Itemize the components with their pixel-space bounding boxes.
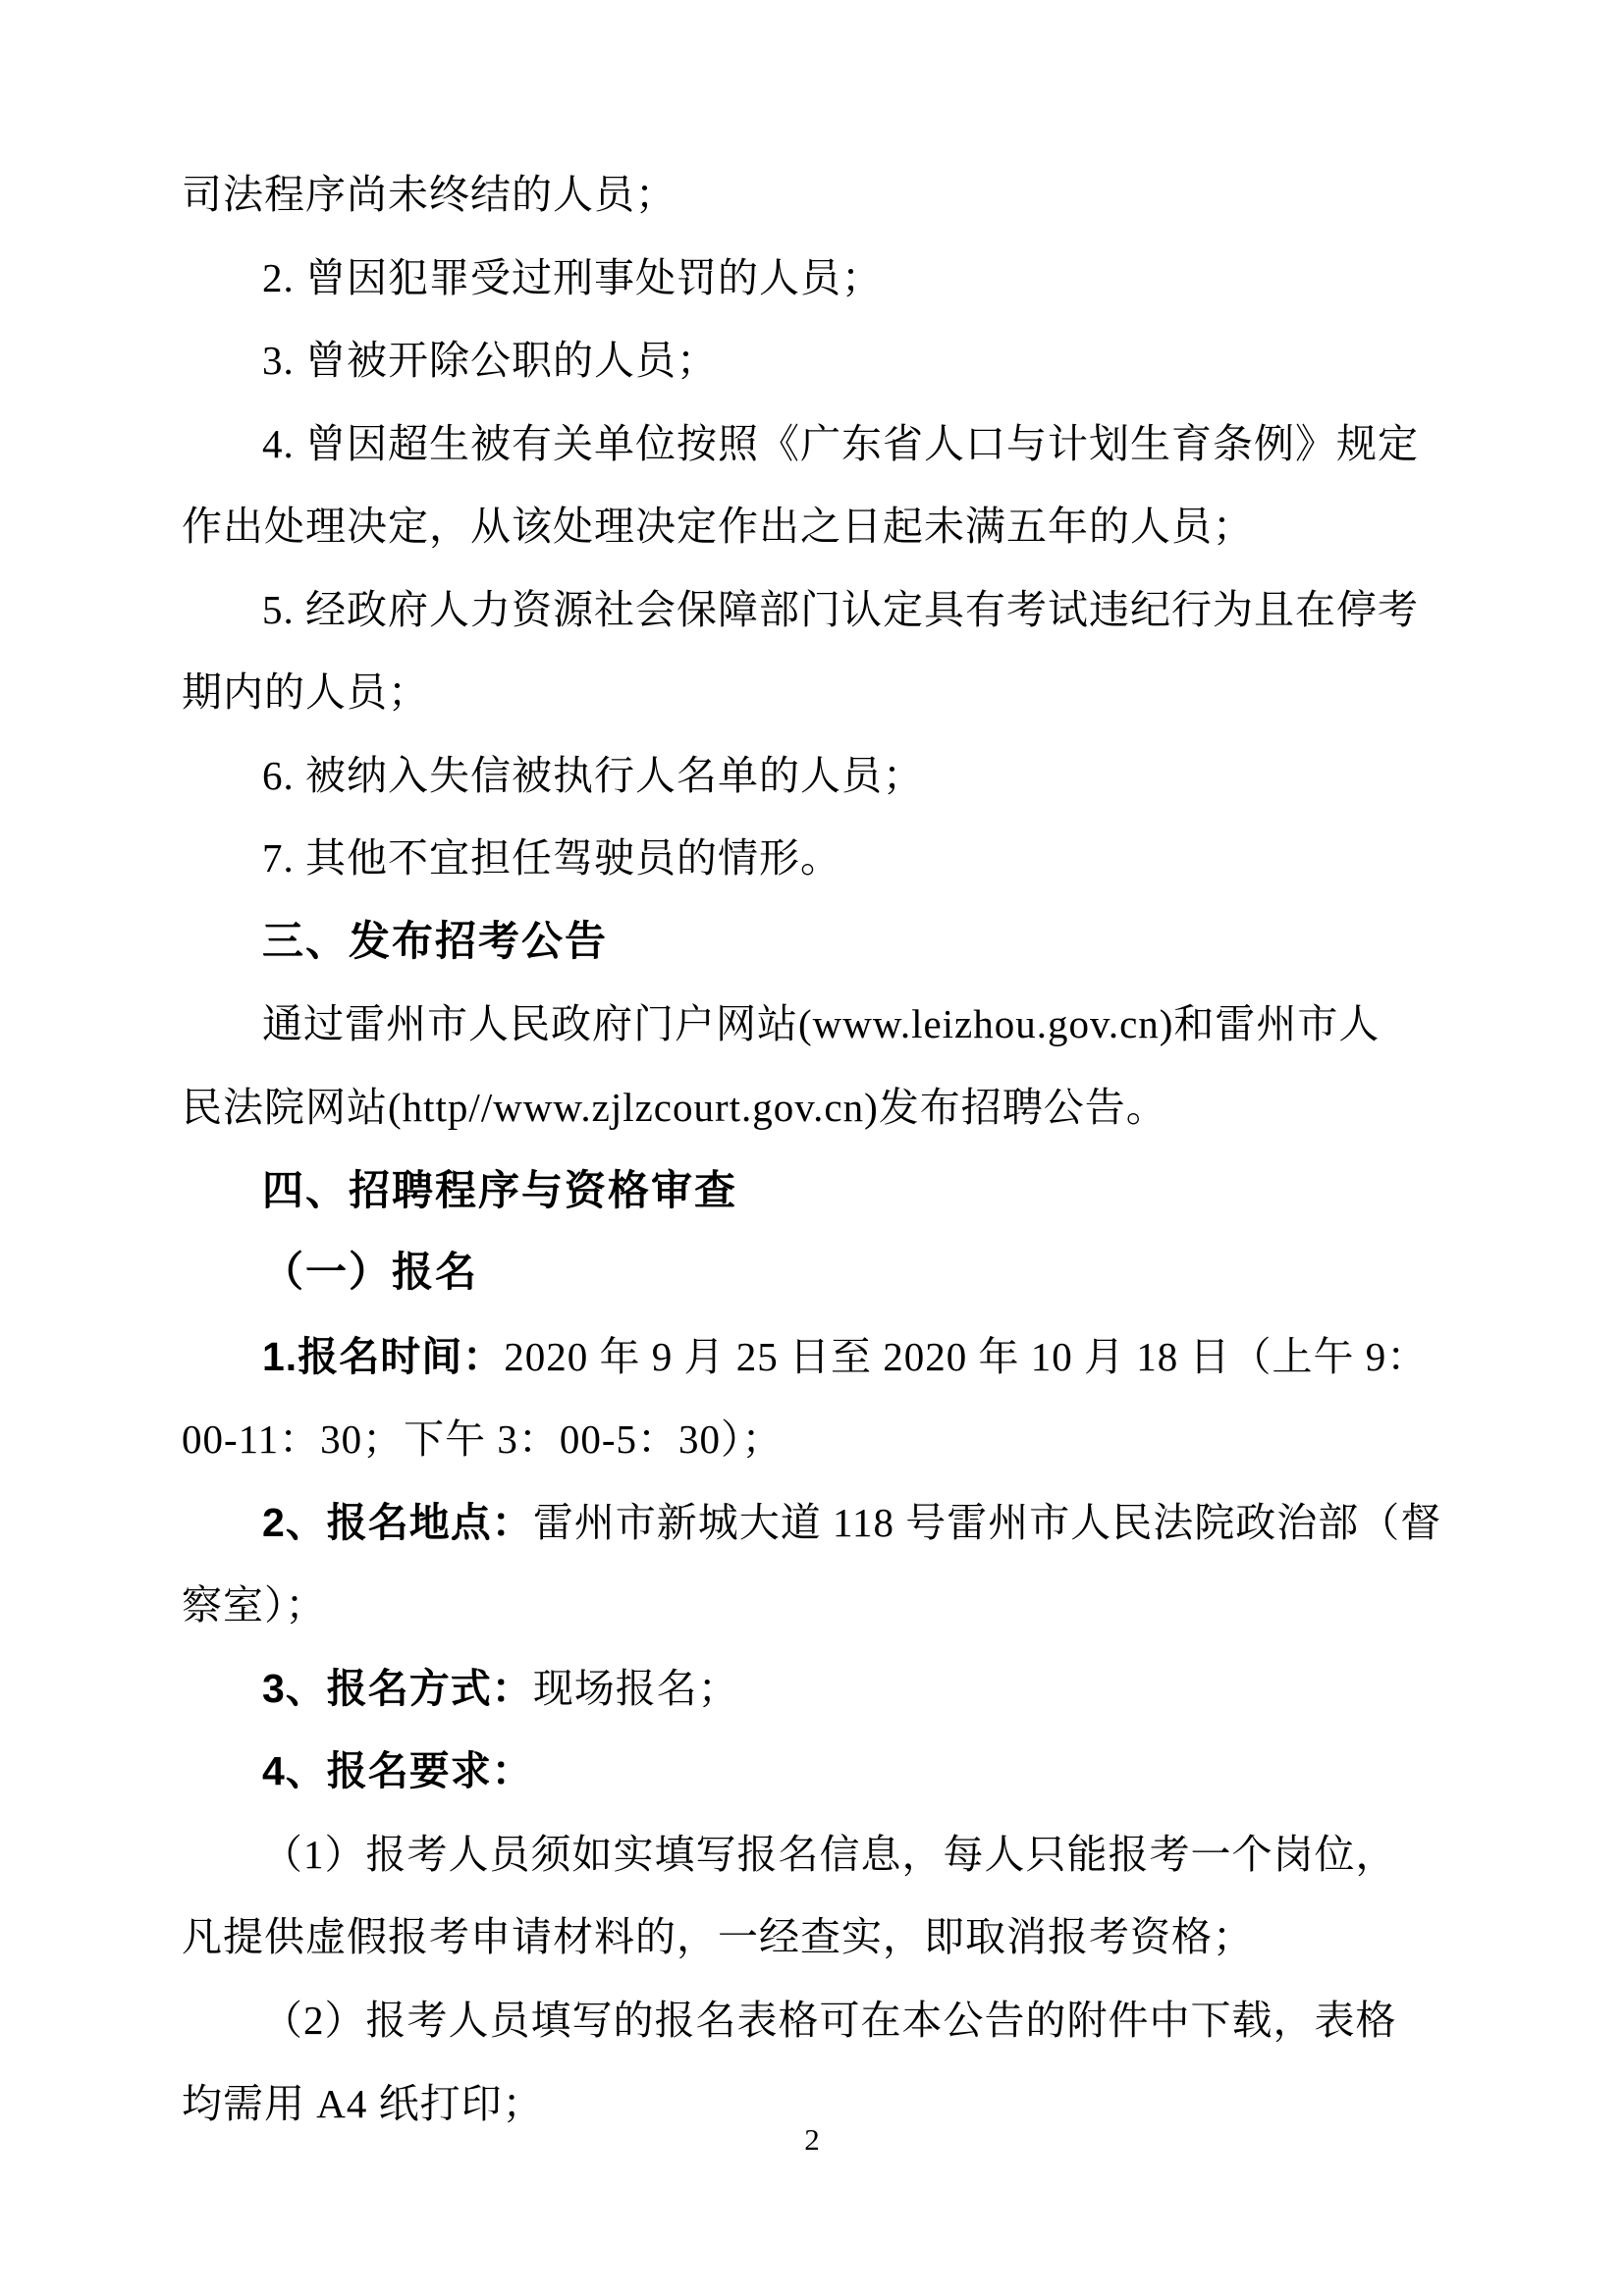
section-heading: 四、招聘程序与资格审查 <box>262 1167 737 1213</box>
body-text-segment: 察室）； <box>182 1582 327 1628</box>
doc-line: 民法院网站(http//www.zjlzcourt.gov.cn)发布招聘公告。 <box>182 1066 1448 1149</box>
body-text-segment: 00-11：30；下午 3：00-5：30）； <box>182 1416 784 1462</box>
doc-line: 7. 其他不宜担任驾驶员的情形。 <box>182 817 1448 900</box>
doc-line: 2. 曾因犯罪受过刑事处罚的人员； <box>182 237 1448 320</box>
doc-line: 2、报名地点：雷州市新城大道 118 号雷州市人民法院政治部（督 <box>182 1481 1448 1565</box>
body-text-segment: （1）报考人员须如实填写报名信息，每人只能报考一个岗位， <box>262 1832 1397 1877</box>
body-text-segment: 作出处理决定，从该处理决定作出之日起未满五年的人员； <box>182 504 1254 549</box>
doc-line: 00-11：30；下午 3：00-5：30）； <box>182 1398 1448 1481</box>
doc-line: （1）报考人员须如实填写报名信息，每人只能报考一个岗位， <box>182 1813 1448 1896</box>
body-text-segment: 2. 曾因犯罪受过刑事处罚的人员； <box>262 255 883 300</box>
doc-line: 察室）； <box>182 1564 1448 1647</box>
doc-line: 期内的人员； <box>182 651 1448 734</box>
bold-label: 1.报名时间： <box>262 1334 504 1379</box>
body-text-segment: 司法程序尚未终结的人员； <box>182 172 677 217</box>
doc-line: 6. 被纳入失信被执行人名单的人员； <box>182 734 1448 818</box>
doc-line: 4. 曾因超生被有关单位按照《广东省人口与计划生育条例》规定 <box>182 402 1448 486</box>
doc-line: 3. 曾被开除公职的人员； <box>182 319 1448 402</box>
body-text-segment: 均需用 A4 纸打印； <box>182 2081 544 2126</box>
body-text-segment: 现场报名； <box>533 1666 739 1711</box>
document-page: 司法程序尚未终结的人员；2. 曾因犯罪受过刑事处罚的人员；3. 曾被开除公职的人… <box>0 0 1624 2296</box>
doc-line: 凡提供虚假报考申请材料的，一经查实，即取消报考资格； <box>182 1896 1448 1979</box>
subsection-heading: （一）报名 <box>262 1251 478 1296</box>
body-text-segment: 5. 经政府人力资源社会保障部门认定具有考试违纪行为且在停考 <box>262 587 1419 632</box>
body-text-segment: 民法院网站(http//www.zjlzcourt.gov.cn)发布招聘公告。 <box>182 1085 1167 1130</box>
doc-line: 5. 经政府人力资源社会保障部门认定具有考试违纪行为且在停考 <box>182 568 1448 652</box>
page-footer: 2 <box>0 2120 1624 2160</box>
doc-line: （一）报名 <box>182 1232 1448 1315</box>
doc-line: 作出处理决定，从该处理决定作出之日起未满五年的人员； <box>182 485 1448 568</box>
body-text-segment: 4. 曾因超生被有关单位按照《广东省人口与计划生育条例》规定 <box>262 421 1419 466</box>
body-text-segment: 7. 其他不宜担任驾驶员的情形。 <box>262 835 841 881</box>
body-text-segment: 2020 年 9 月 25 日至 2020 年 10 月 18 日（上午 9： <box>504 1334 1428 1379</box>
doc-line: 1.报名时间：2020 年 9 月 25 日至 2020 年 10 月 18 日… <box>182 1315 1448 1399</box>
document-body: 司法程序尚未终结的人员；2. 曾因犯罪受过刑事处罚的人员；3. 曾被开除公职的人… <box>182 153 1448 2145</box>
body-text-segment: 雷州市新城大道 118 号雷州市人民法院政治部（督 <box>533 1500 1441 1545</box>
doc-line: （2）报考人员填写的报名表格可在本公告的附件中下载，表格 <box>182 1979 1448 2062</box>
bold-label: 3、报名方式： <box>262 1666 533 1711</box>
body-text-segment: 通过雷州市人民政府门户网站(www.leizhou.gov.cn)和雷州市人 <box>262 1001 1380 1046</box>
body-text-segment: 凡提供虚假报考申请材料的，一经查实，即取消报考资格； <box>182 1914 1254 1959</box>
section-heading: 三、发布招考公告 <box>262 918 608 964</box>
doc-line: 三、发布招考公告 <box>182 900 1448 984</box>
bold-label: 4、报名要求： <box>262 1748 533 1793</box>
doc-line: 4、报名要求： <box>182 1730 1448 1813</box>
bold-label: 2、报名地点： <box>262 1500 533 1545</box>
body-text-segment: （2）报考人员填写的报名表格可在本公告的附件中下载，表格 <box>262 1998 1397 2043</box>
page-number: 2 <box>804 2122 820 2157</box>
doc-line: 3、报名方式：现场报名； <box>182 1647 1448 1731</box>
doc-line: 司法程序尚未终结的人员； <box>182 153 1448 237</box>
body-text-segment: 期内的人员； <box>182 669 429 715</box>
doc-line: 四、招聘程序与资格审查 <box>182 1149 1448 1233</box>
doc-line: 通过雷州市人民政府门户网站(www.leizhou.gov.cn)和雷州市人 <box>182 983 1448 1066</box>
body-text-segment: 6. 被纳入失信被执行人名单的人员； <box>262 753 924 798</box>
body-text-segment: 3. 曾被开除公职的人员； <box>262 338 718 383</box>
